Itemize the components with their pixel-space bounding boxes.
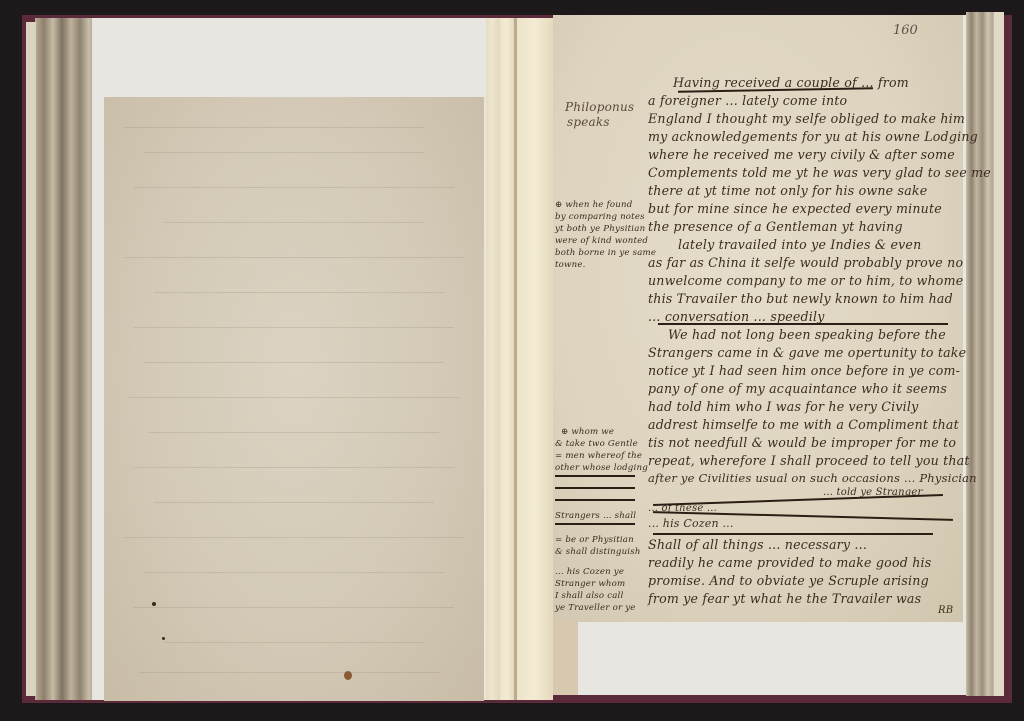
paper-tab [553, 620, 578, 695]
right-flyleaf-strip [994, 12, 1004, 696]
deletion-stroke [555, 475, 635, 477]
body-line: ... his Cozen ... [648, 517, 734, 530]
body-line: pany of one of my acquaintance who it se… [648, 381, 947, 396]
left-flyleaf-strip [26, 22, 36, 696]
body-line: lately travailed into ye Indies & even [678, 237, 921, 252]
body-line: promise. And to obviate ye Scruple arisi… [648, 573, 929, 588]
body-line: Complements told me yt he was very glad … [648, 165, 991, 180]
margin-line: other whose lodging [555, 463, 648, 473]
margin-line: were of kind wonted [555, 236, 648, 246]
body-line: addrest himselfe to me with a Compliment… [648, 417, 959, 432]
deletion-stroke [555, 487, 635, 489]
left-gutter-guard [486, 18, 500, 700]
right-manuscript-leaf: 160 Philoponus speaks Having received a … [553, 15, 963, 622]
body-line: ... conversation ... speedily [648, 309, 825, 324]
margin-line: yt both ye Physitian [555, 224, 645, 234]
ink-spot [162, 637, 165, 640]
body-line: had told him who I was for he very Civil… [648, 399, 918, 414]
margin-line: Stranger whom [555, 579, 625, 589]
gutter-fold-left [500, 18, 514, 700]
margin-line: & take two Gentle [555, 439, 638, 449]
body-line: where he received me very civily & after… [648, 147, 955, 162]
body-line: but for mine since he expected every min… [648, 201, 942, 216]
body-line: a foreigner ... lately come into [648, 93, 847, 108]
margin-line: ⊕ when he found [555, 200, 632, 210]
body-line: unwelcome company to me or to him, to wh… [648, 273, 963, 288]
right-page-block-edge [966, 12, 996, 696]
margin-line: ⊕ whom we [561, 427, 614, 437]
margin-line: I shall also call [555, 591, 623, 601]
body-line: there at yt time not only for his owne s… [648, 183, 927, 198]
speaker-heading-line-1: Philoponus [565, 100, 634, 114]
left-manuscript-leaf [104, 97, 484, 701]
deletion-stroke [653, 533, 933, 535]
body-line: this Travailer tho but newly known to hi… [648, 291, 953, 306]
margin-line: & shall distinguish [555, 547, 641, 557]
body-line: readily he came provided to make good hi… [648, 555, 931, 570]
margin-line: towne. [555, 260, 586, 270]
body-line: We had not long been speaking before the [668, 327, 946, 342]
body-line: from ye fear yt what he the Travailer wa… [648, 591, 921, 606]
margin-line: = be or Physitian [555, 535, 634, 545]
speaker-heading-line-2: speaks [567, 115, 610, 129]
body-line: as far as China it selfe would probably … [648, 255, 963, 270]
deletion-stroke [653, 494, 943, 506]
body-line: the presence of a Gentleman yt having [648, 219, 903, 234]
body-line: tis not needfull & would be improper for… [648, 435, 956, 450]
folio-number: 160 [893, 23, 918, 38]
ink-spot [152, 602, 156, 606]
body-line: my acknowledgements for yu at his owne L… [648, 129, 978, 144]
margin-line: both borne in ye same [555, 248, 656, 258]
deletion-stroke [555, 523, 635, 525]
margin-line: ye Traveller or ye [555, 603, 636, 613]
margin-line: ... his Cozen ye [555, 567, 624, 577]
gutter-fold-right [517, 18, 553, 700]
margin-line: = men whereof the [555, 451, 642, 461]
deletion-stroke [658, 323, 948, 325]
deletion-stroke [555, 499, 635, 501]
body-line: England I thought my selfe obliged to ma… [648, 111, 965, 126]
foxing-stain [344, 671, 352, 680]
margin-line: Strangers ... shall [555, 511, 636, 521]
margin-line: by comparing notes [555, 212, 645, 222]
body-line: after ye Civilities usual on such occasi… [648, 471, 977, 485]
catchword: RB [938, 605, 953, 616]
body-line: Shall of all things ... necessary ... [648, 537, 867, 552]
body-line: Strangers came in & gave me opertunity t… [648, 345, 966, 360]
left-page-block-edge [35, 18, 95, 700]
body-line: repeat, wherefore I shall proceed to tel… [648, 453, 970, 468]
body-line: notice yt I had seen him once before in … [648, 363, 960, 378]
